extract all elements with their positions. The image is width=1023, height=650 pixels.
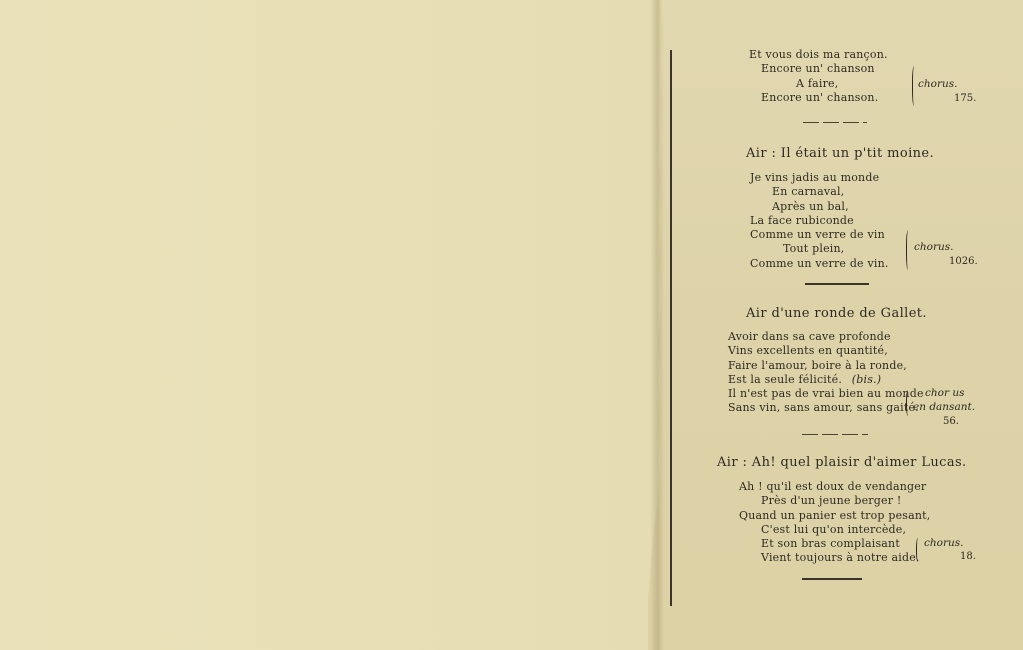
song-4-verse: Ah ! qu'il est doux de vendanger Près d'…: [739, 480, 930, 566]
chorus-label: chorus.: [914, 241, 953, 253]
song-number: 56.: [943, 416, 959, 427]
separator-rule: [803, 122, 867, 123]
verse-line: Ah ! qu'il est doux de vendanger: [739, 480, 930, 494]
verse-line: Encore un' chanson.: [749, 91, 888, 105]
bis-note: (bis.): [852, 373, 881, 386]
song-title: Air d'une ronde de Gallet.: [746, 306, 927, 321]
verse-line: Faire l'amour, boire à la ronde,: [728, 359, 924, 373]
song-number: 1026.: [949, 256, 978, 267]
verse-line: A faire,: [749, 77, 888, 91]
chorus-label: chorus.: [924, 537, 963, 549]
chorus-label: chor us: [925, 387, 964, 399]
song-title: Air : Il était un p'tit moine.: [746, 146, 934, 161]
separator-rule: [802, 578, 862, 580]
verse-line: Près d'un jeune berger !: [739, 494, 930, 508]
verse-line: Après un bal,: [750, 200, 889, 214]
chorus-brace: [906, 390, 911, 416]
verse-line: Avoir dans sa cave profonde: [728, 330, 924, 344]
verse-line: Vins excellents en quantité,: [728, 344, 924, 358]
verse-line: Est la seule félicité. (bis.): [728, 373, 924, 387]
separator-rule: [805, 283, 869, 285]
song-3-verse: Avoir dans sa cave profonde Vins excelle…: [728, 330, 924, 416]
chorus-brace: [916, 538, 921, 562]
verse-line: Tout plein,: [750, 242, 889, 256]
verse-line: Il n'est pas de vrai bien au monde: [728, 387, 924, 401]
chorus-brace: [906, 230, 911, 270]
verse-line: Comme un verre de vin.: [750, 257, 889, 271]
song-title: Air : Ah! quel plaisir d'aimer Lucas.: [717, 455, 967, 470]
verse-line: La face rubiconde: [750, 214, 889, 228]
verse-line: Et vous dois ma rançon.: [749, 48, 888, 62]
book-scan: Et vous dois ma rançon. Encore un' chans…: [0, 0, 1023, 650]
verse-line: Encore un' chanson: [749, 62, 888, 76]
margin-rule: [670, 50, 672, 606]
verse-line: Et son bras complaisant: [739, 537, 930, 551]
verse-text: Est la seule félicité.: [728, 373, 842, 386]
chorus-label: chorus.: [918, 78, 957, 90]
verse-line: Vient toujours à notre aide.: [739, 551, 930, 565]
chorus-label-dance: en dansant.: [913, 401, 975, 413]
verse-line: C'est lui qu'on intercède,: [739, 523, 930, 537]
song-2-verse: Je vins jadis au monde En carnaval, Aprè…: [750, 171, 889, 271]
verse-line: Comme un verre de vin: [750, 228, 889, 242]
verse-line: Sans vin, sans amour, sans gaité.: [728, 401, 924, 415]
verse-line: Je vins jadis au monde: [750, 171, 889, 185]
song-number: 175.: [954, 93, 976, 104]
song-number: 18.: [960, 551, 976, 562]
separator-rule: [802, 434, 868, 435]
chorus-brace: [912, 66, 917, 106]
left-page-blank: [0, 0, 660, 650]
verse-line: Quand un panier est trop pesant,: [739, 509, 930, 523]
verse-line: En carnaval,: [750, 185, 889, 199]
song-1-verse: Et vous dois ma rançon. Encore un' chans…: [749, 48, 888, 105]
